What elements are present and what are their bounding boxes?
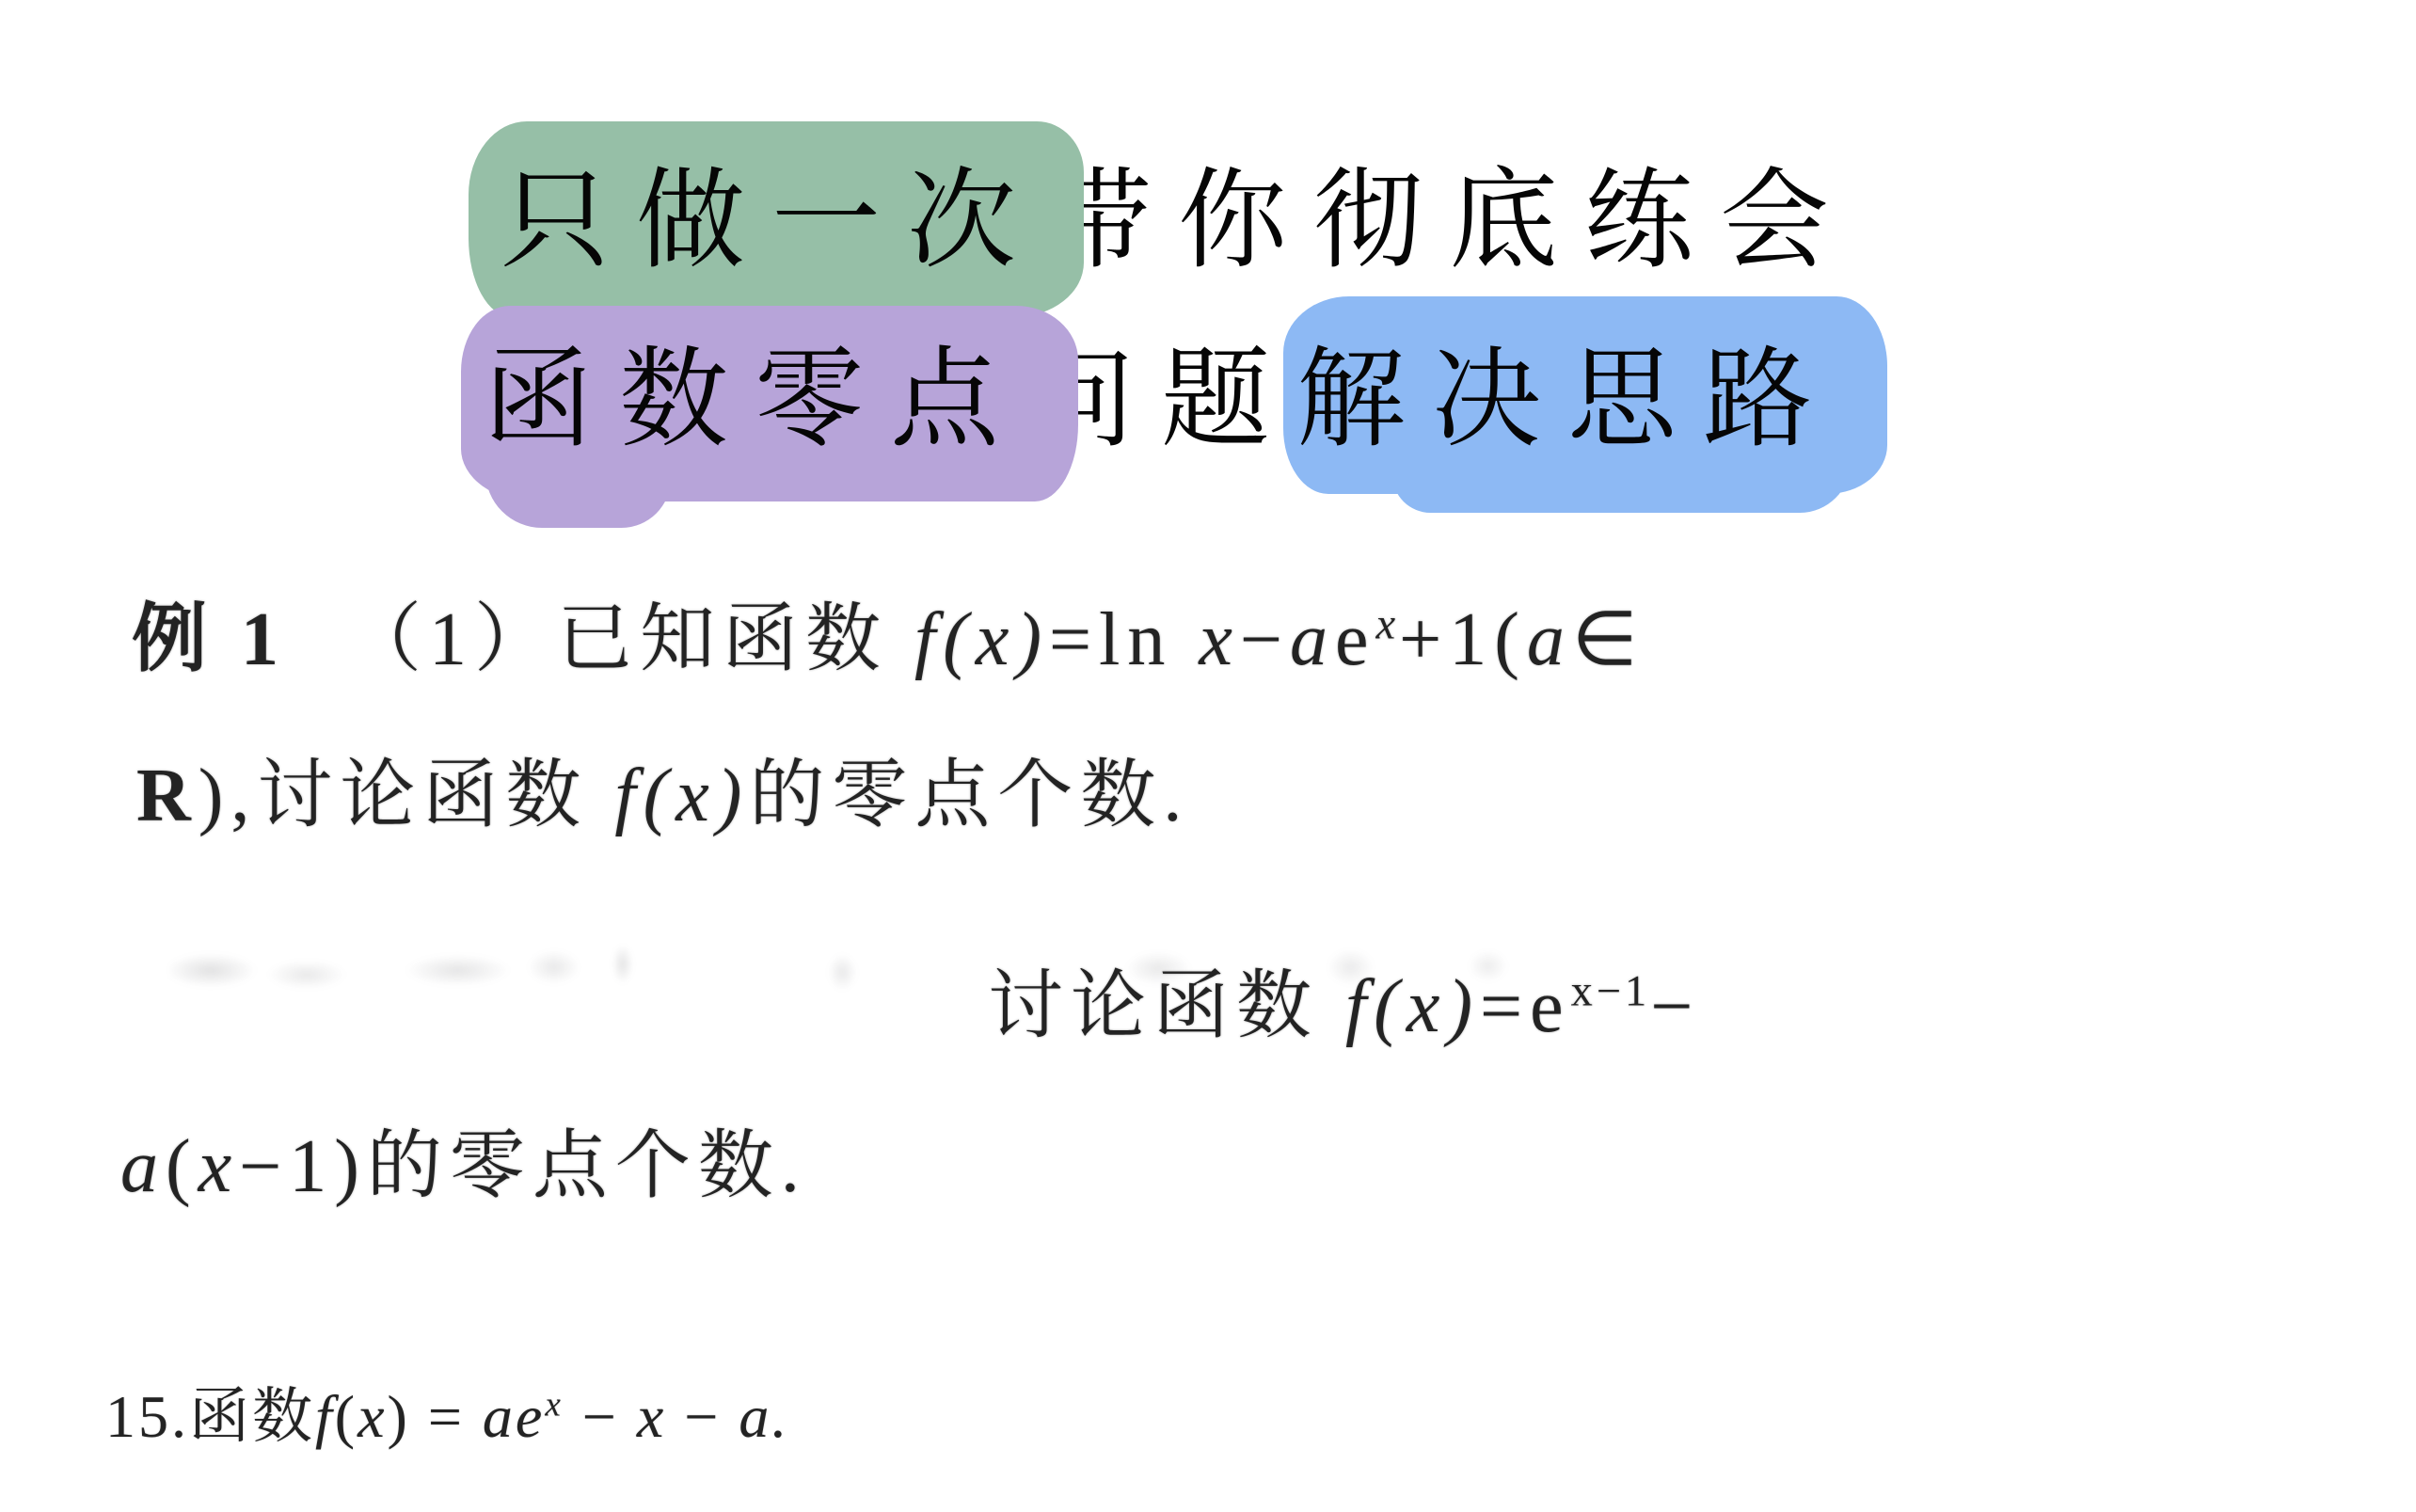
formula-segment: +1( — [1399, 598, 1527, 681]
formula-segment: a — [1527, 598, 1572, 681]
formula-segment: − — [564, 1383, 637, 1450]
formula-segment: f(x) — [614, 755, 749, 837]
formula-segment: =e — [1480, 965, 1571, 1048]
formula-segment: − — [666, 1383, 739, 1450]
example1-label: 例 1 — [132, 598, 286, 681]
formula-segment: ( — [166, 1125, 199, 1208]
formula-segment: x — [1199, 598, 1240, 681]
formula-segment: ∈ — [1572, 598, 1645, 681]
formula-segment: R — [136, 755, 199, 837]
formula-segment: −1)的零点个数. — [239, 1125, 807, 1208]
formula-segment: f — [315, 1383, 335, 1450]
title-highlight-blue: 解决思路 — [1283, 296, 1887, 494]
formula-segment: =ln — [1049, 598, 1199, 681]
formula-segment: ae — [483, 1383, 545, 1450]
title-highlight-purple: 函数零点 — [461, 306, 1078, 501]
title-line1-plain-text: 带你彻底练会 — [1042, 159, 1855, 281]
formula-segment: ) = — [388, 1383, 483, 1450]
formula-segment: − — [1240, 598, 1290, 681]
formula-segment: x — [358, 1383, 387, 1450]
formula-segment: x — [637, 1383, 666, 1450]
formula-segment: ),讨论函数 — [199, 755, 615, 837]
formula-segment: a. — [739, 1383, 789, 1450]
formula-segment: 的零点个数. — [749, 755, 1189, 837]
title-line-2: 函数零点问题解决思路 — [484, 344, 1838, 454]
formula-segment: a — [1290, 598, 1335, 681]
formula-superscript: x — [545, 1386, 564, 1424]
example1-line-2: R),讨论函数 f(x)的零点个数. — [136, 751, 1189, 841]
title-highlight-green: 只做一次 — [469, 121, 1084, 317]
formula-segment: （1）已知函数 — [346, 598, 914, 681]
example2-line-1: 讨论函数 f(x)=ex−1− — [988, 962, 1700, 1052]
formula-superscript: x−1 — [1571, 967, 1651, 1015]
formula-segment: − — [1650, 965, 1700, 1048]
formula-segment: a — [120, 1125, 166, 1208]
formula-superscript: x — [1376, 600, 1400, 648]
formula-segment: 讨论函数 — [988, 965, 1345, 1048]
page: 只做一次带你彻底练会 函数零点问题解决思路 例 1（1）已知函数 f(x)=ln… — [0, 0, 2416, 1512]
example2-line-2: a(x−1)的零点个数. — [120, 1122, 807, 1212]
problem15-line: 15.函数f(x) = aex − x − a. — [105, 1381, 789, 1454]
formula-segment: f(x) — [914, 598, 1049, 681]
formula-segment: ( — [335, 1383, 358, 1450]
formula-segment: 15.函数 — [105, 1383, 315, 1450]
title-line-1: 只做一次带你彻底练会 — [501, 166, 1855, 275]
formula-segment: x — [199, 1125, 240, 1208]
formula-segment: e — [1335, 598, 1376, 681]
example1-line-1: 例 1（1）已知函数 f(x)=ln x−aex+1(a∈ — [132, 595, 1645, 685]
formula-segment: f(x) — [1345, 965, 1480, 1048]
